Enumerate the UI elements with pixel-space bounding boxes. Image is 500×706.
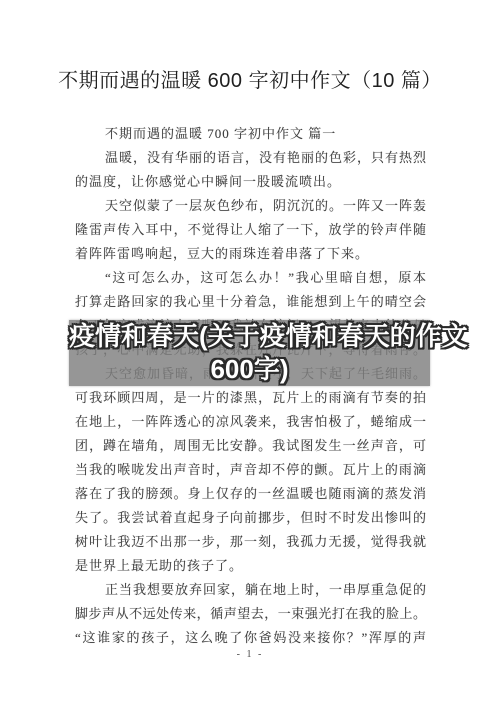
text-line: 隆雷声传入耳中，不觉得让人缩了一下，放学的铃声伴随 (75, 218, 426, 242)
text-line: 正当我想要放弃回家，躺在地上时，一串厚重急促的 (75, 578, 426, 602)
watermark-text-line1: 疫情和春天(关于疫情和春天的作文 (69, 320, 430, 353)
text-line: “这谁家的孩子，这么晚了你爸妈没来接你？”浑厚的声 (75, 626, 426, 650)
text-line: 着阵阵雷鸣响起，豆大的雨珠连着串落了下来。 (75, 242, 426, 266)
text-line: 落在了我的膀颈。身上仅存的一丝温暖也随雨滴的蒸发消 (75, 482, 426, 506)
text-line: 树叶让我迈不出那一步，那一刻，我孤力无援，觉得我就 (75, 530, 426, 554)
text-line: 在地上，一阵阵透心的凉风袭来，我害怕极了，蜷缩成一 (75, 410, 426, 434)
text-line: 可我环顾四周，是一片的漆黑，瓦片上的雨滴有节奏的拍 (75, 386, 426, 410)
text-line: 打算走路回家的我心里十分着急，谁能想到上午的晴空会 (75, 290, 426, 314)
text-line: 温暖，没有华丽的语言，没有艳丽的色彩，只有热烈 (75, 146, 426, 170)
page-number: - 1 - (0, 648, 500, 662)
body-text: 不期而遇的温暖 700 字初中作文 篇一温暖，没有华丽的语言，没有艳丽的色彩，只… (75, 122, 426, 650)
text-line: 的温度，让你感觉心中瞬间一股暖流喷出。 (75, 170, 426, 194)
text-line: 脚步声从不远处传来，循声望去，一束强光打在我的脸上。 (75, 602, 426, 626)
document-title: 不期而遇的温暖 600 字初中作文（10 篇） (40, 68, 460, 94)
text-line: 当我的喉咙发出声音时，声音却不停的颤。瓦片上的雨滴 (75, 458, 426, 482)
document-page: 不期而遇的温暖 600 字初中作文（10 篇） 不期而遇的温暖 700 字初中作… (0, 0, 500, 706)
text-line: 不期而遇的温暖 700 字初中作文 篇一 (75, 122, 426, 146)
text-line: 失了。我尝试着直起身子向前挪步，但时不时发出惨叫的 (75, 506, 426, 530)
text-line: 团，蹲在墙角，周围无比安静。我试图发生一丝声音，可 (75, 434, 426, 458)
text-line: 天空似蒙了一层灰色纱布，阴沉沉的。一阵又一阵轰 (75, 194, 426, 218)
watermark-text-line2: 600字) (69, 353, 430, 386)
text-line: “这可怎么办，这可怎么办！”我心里暗自想，原本 (75, 266, 426, 290)
text-line: 是世界上最无助的孩子了。 (75, 554, 426, 578)
watermark-banner: 疫情和春天(关于疫情和春天的作文 600字) (69, 320, 430, 386)
